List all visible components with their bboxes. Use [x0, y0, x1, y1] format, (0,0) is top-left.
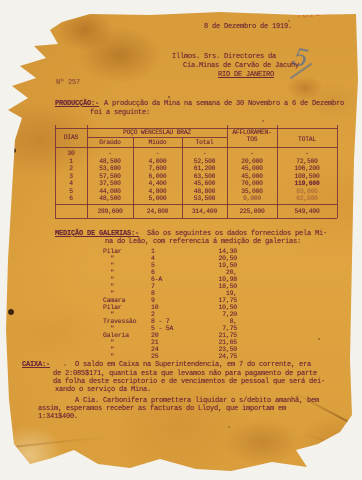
medicao-value: 19,50: [201, 262, 237, 269]
medicao-name: ": [103, 269, 151, 276]
medicao-value: 10,50: [201, 304, 237, 311]
cell-total-geral: 62,500: [277, 195, 337, 202]
medicao-row: Pilar114,30: [103, 248, 237, 255]
medicao-row: "2423,50: [103, 346, 237, 353]
total-geral: 549,400: [277, 208, 337, 215]
cell-total-geral: -: [277, 150, 337, 157]
medicao-row: "2524,75: [103, 353, 237, 360]
medicao-name: ": [103, 283, 151, 290]
production-intro-1: A producção da Mina na semana de 30 Nove…: [104, 100, 344, 108]
medicao-intro-2: na do Leão, com referencia á medição de …: [105, 238, 301, 246]
medicao-name: Pilar: [103, 248, 151, 255]
cell-graudo: 37,500: [87, 180, 133, 187]
medicao-name: ": [103, 353, 151, 360]
cell-affloramentos: 35,000: [227, 188, 277, 195]
table-totals-row: 289,600 24,800 314,400 225,000 549,400: [55, 208, 337, 215]
medicao-value: 21,65: [201, 339, 237, 346]
medicao-num: 10: [151, 304, 201, 311]
medicao-row: Galeria2021,75: [103, 332, 237, 339]
medicao-row: "819,: [103, 290, 237, 297]
cell-miudo: -: [133, 150, 182, 157]
table-header-row: POÇO WENCESLAU BRAZ AFFLORAMEN-: [55, 129, 337, 136]
cell-graudo: 48,500: [87, 195, 133, 202]
medicao-num: 6-A: [151, 276, 201, 283]
caixa-line-1: O saldo em Caixa na Superintendencia, em…: [75, 361, 311, 369]
scan-background: 7011-49 5 8 de Dezembro de 1919. Illmos.…: [0, 0, 362, 480]
cell-graudo: 44,000: [87, 188, 133, 195]
cell-dia: 4: [55, 180, 87, 187]
recipient-city: RIO DE JANEIRO: [218, 71, 274, 79]
caixa-line-4: xando o serviço da Mina.: [55, 386, 151, 394]
medicao-num: 25: [151, 353, 201, 360]
total-total: 314,400: [182, 208, 227, 215]
cell-total-geral: 83,800: [277, 188, 337, 195]
medicao-num: 7: [151, 283, 201, 290]
medicao-row: "420,50: [103, 255, 237, 262]
cell-affloramentos: -: [227, 150, 277, 157]
cell-affloramentos: 70,000: [227, 180, 277, 187]
col-header-graudo: Graúdo: [87, 139, 133, 146]
medicao-row: "2121,65: [103, 339, 237, 346]
medicao-row: "718,50: [103, 283, 237, 290]
medicao-value: 17,75: [201, 297, 237, 304]
table-row: 30 - - - - -: [55, 150, 337, 157]
caixa-line-3: da folha deste escriptorio e de vencimen…: [53, 378, 325, 386]
medicao-num: 21: [151, 339, 201, 346]
caixa-line-6: assim, esperamos receber as facturas do …: [38, 405, 286, 413]
medicao-num: 1: [151, 248, 201, 255]
medicao-name: ": [103, 346, 151, 353]
medicao-num: 5: [151, 262, 201, 269]
cell-total-geral: 119,600: [277, 180, 337, 187]
medicao-name: Galeria: [103, 332, 151, 339]
total-affloramentos: 225,000: [227, 208, 277, 215]
table-border: [55, 204, 337, 205]
medicao-row: "6-A10,98: [103, 276, 237, 283]
total-graudo: 289,600: [87, 208, 133, 215]
cell-affloramentos: 45,000: [227, 165, 277, 172]
cell-miudo: 4,800: [133, 188, 182, 195]
table-row: 6 48,500 5,000 53,500 9,000 62,500: [55, 195, 337, 202]
table-row: 5 44,000 4,800 48,800 35,000 83,800: [55, 188, 337, 195]
cell-total-geral: 108,500: [277, 173, 337, 180]
medicao-value: 20,50: [201, 255, 237, 262]
cell-dia: 6: [55, 195, 87, 202]
medicao-name: ": [103, 290, 151, 297]
total-miudo: 24,800: [133, 208, 182, 215]
medicao-heading: MEDIÇÃO DE GALERIAS:-: [55, 230, 139, 238]
medicao-value: 19,: [201, 290, 237, 297]
paper-crease: [302, 432, 362, 462]
cell-total-geral: 106,200: [277, 165, 337, 172]
cell-dia: 2: [55, 165, 87, 172]
medicao-num: 8: [151, 290, 201, 297]
reference-number: Nº 257: [56, 79, 80, 87]
production-heading: PRODUCÇÃO:-: [55, 100, 99, 108]
paper-crease: [0, 436, 110, 451]
medicao-name: Camara: [103, 297, 151, 304]
cell-total: 52,500: [182, 158, 227, 165]
medicao-row: "620,: [103, 269, 237, 276]
medicao-num: 20: [151, 332, 201, 339]
medicao-intro-1: São os seguintes os dados fornecidos pel…: [147, 230, 327, 238]
cell-miudo: 7,600: [133, 165, 182, 172]
medicao-num: 2: [151, 311, 201, 318]
medicao-row: "27,20: [103, 311, 237, 318]
punch-hole: [11, 148, 16, 153]
cell-total: 48,800: [182, 188, 227, 195]
table-border: [337, 125, 338, 218]
medicao-value: 14,30: [201, 248, 237, 255]
cell-dia: 5: [55, 188, 87, 195]
cell-dia: 1: [55, 158, 87, 165]
cell-total: 63,500: [182, 173, 227, 180]
medicao-value: 24,75: [201, 353, 237, 360]
medicao-value: 23,50: [201, 346, 237, 353]
table-border: [55, 147, 337, 148]
cell-miudo: 5,000: [133, 195, 182, 202]
medicao-value: 18,50: [201, 283, 237, 290]
medicao-num: 5 - 5A: [151, 325, 201, 332]
caixa-line-5: A Cia. Carbonifera promettera liquidar o…: [75, 397, 319, 405]
medicao-value: 7,20: [201, 311, 237, 318]
col-header-total: Total: [182, 139, 227, 146]
table-row: 4 37,500 4,400 45,600 70,000 119,600: [55, 180, 337, 187]
table-border: [55, 218, 337, 219]
medicao-num: 9: [151, 297, 201, 304]
caixa-heading: CAIXA:-: [22, 361, 50, 369]
medicao-name: ": [103, 255, 151, 262]
medicao-name: Travessão: [103, 318, 151, 325]
medicao-row: Travessão8 - 78,: [103, 318, 237, 325]
cell-graudo: 53,600: [87, 165, 133, 172]
caixa-line-7: 1:341$400.: [38, 413, 78, 421]
punch-hole: [8, 309, 14, 315]
medicao-row: Pilar1010,50: [103, 304, 237, 311]
cell-miudo: 4,400: [133, 180, 182, 187]
medicao-value: 8,: [201, 318, 237, 325]
medicao-value: 10,98: [201, 276, 237, 283]
col-header-poco: POÇO WENCESLAU BRAZ: [87, 129, 227, 136]
production-intro-2: foi a seguinte:: [90, 109, 150, 117]
recipient-line-1: Illmos. Srs. Directores da: [172, 53, 276, 61]
caixa-line-2: de 2:085$171, quantia esta que levamos n…: [53, 370, 317, 378]
medicao-num: 8 - 7: [151, 318, 201, 325]
cell-total-geral: 72,500: [277, 158, 337, 165]
date-line: 8 de Dezembro de 1919.: [204, 23, 292, 31]
medicao-name: ": [103, 311, 151, 318]
cell-dia: 3: [55, 173, 87, 180]
table-row: 1 48,500 4,000 52,500 20,000 72,500: [55, 158, 337, 165]
cell-affloramentos: 45,000: [227, 173, 277, 180]
cell-total: -: [182, 150, 227, 157]
col-header-affloramentos-1: AFFLORAMEN-: [227, 129, 277, 136]
medicao-num: 6: [151, 269, 201, 276]
medicao-value: 7,75: [201, 325, 237, 332]
medicao-name: ": [103, 339, 151, 346]
recipient-line-2: Cia.Minas de Carvão de Jacuhy: [183, 62, 299, 70]
medicao-row: Camara917,75: [103, 297, 237, 304]
col-header-miudo: Miúdo: [133, 139, 182, 146]
cell-graudo: -: [87, 150, 133, 157]
table-row: 2 53,600 7,600 61,200 45,000 106,200: [55, 165, 337, 172]
cell-miudo: 6,000: [133, 173, 182, 180]
letter-paper: 7011-49 5 8 de Dezembro de 1919. Illmos.…: [0, 0, 362, 480]
medicao-num: 4: [151, 255, 201, 262]
table-row: 3 57,500 6,000 63,500 45,000 108,500: [55, 173, 337, 180]
ink-specks: [168, 96, 170, 98]
medicao-row: "5 - 5A7,75: [103, 325, 237, 332]
cell-affloramentos: 20,000: [227, 158, 277, 165]
table-subheader-row: Graúdo Miúdo Total: [55, 139, 337, 146]
medicao-num: 24: [151, 346, 201, 353]
cell-total: 45,600: [182, 180, 227, 187]
cell-total: 53,500: [182, 195, 227, 202]
cell-graudo: 57,500: [87, 173, 133, 180]
medicao-name: ": [103, 325, 151, 332]
medicao-value: 20,: [201, 269, 237, 276]
handwritten-filing-note: 7011-49: [296, 6, 338, 21]
medicao-value: 21,75: [201, 332, 237, 339]
medicao-row: "519,50: [103, 262, 237, 269]
cell-dia: 30: [55, 150, 87, 157]
cell-graudo: 48,500: [87, 158, 133, 165]
medicao-name: ": [103, 276, 151, 283]
cell-total: 61,200: [182, 165, 227, 172]
cell-affloramentos: 9,000: [227, 195, 277, 202]
medicao-name: Pilar: [103, 304, 151, 311]
cell-miudo: 4,000: [133, 158, 182, 165]
medicao-name: ": [103, 262, 151, 269]
